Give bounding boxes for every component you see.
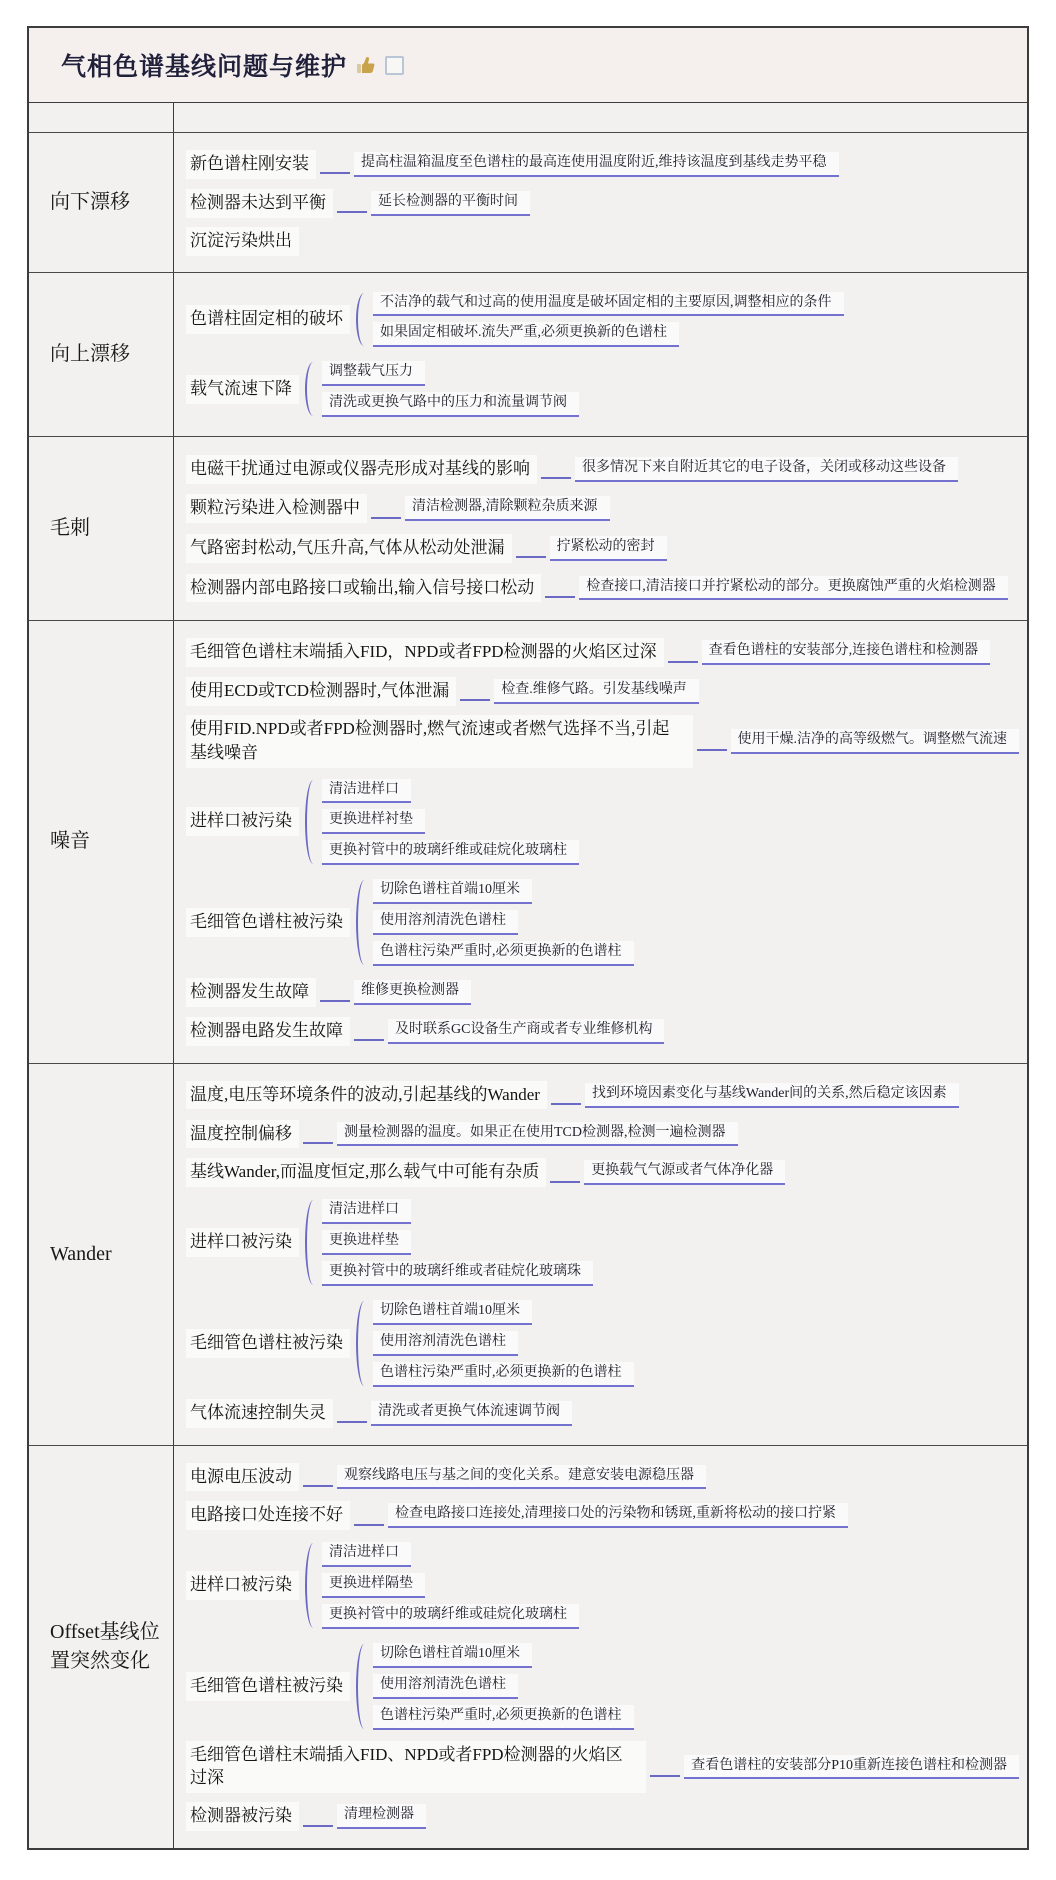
- remedy-group: 检查接口,清洁接口并拧紧松动的部分。更换腐蚀严重的火焰检测器: [579, 573, 1008, 604]
- cause-label: 气路密封松动,气压升高,气体从松动处泄漏: [186, 534, 512, 563]
- cause-item: 毛细管色谱柱末端插入FID，NPD或者FPD检测器的火焰区过深 查看色谱柱的安装…: [186, 637, 1019, 668]
- remedy-label: 提高柱温箱温度至色谱柱的最高连使用温度附近,维持该温度到基线走势平稳: [354, 152, 839, 177]
- cause-item: 载气流速下降 调整载气压力 清洗或更换气路中的压力和流量调节阀: [186, 358, 1019, 420]
- remedy-label: 不洁净的载气和过高的使用温度是破坏固定相的主要原因,调整相应的条件: [373, 292, 844, 317]
- remedy-label: 观察线路电压与基之间的变化关系。建意安装电源稳压器: [337, 1465, 706, 1490]
- remedy-label: 色谱柱污染严重时,必须更换新的色谱柱: [373, 1705, 634, 1730]
- remedy-group: 切除色谱柱首端10厘米 使用溶剂清洗色谱柱 色谱柱污染严重时,必须更换新的色谱柱: [373, 1640, 634, 1733]
- remedy-group: 清洗或者更换气体流速调节阀: [371, 1398, 572, 1429]
- branch-brace: [356, 293, 371, 347]
- cause-label: 毛细管色谱柱被污染: [186, 908, 350, 937]
- cause-label: 使用ECD或TCD检测器时,气体泄漏: [186, 677, 456, 706]
- remedy-group: 清洁检测器,清除颗粒杂质来源: [405, 493, 610, 524]
- cause-item: 检测器被污染 清理检测器: [186, 1801, 1019, 1832]
- remedy-label: 检查.维修气路。引发基线噪声: [494, 679, 699, 704]
- remedy-group: 检查电路接口连接处,清理接口处的污染物和锈斑,重新将松动的接口拧紧: [388, 1500, 848, 1531]
- cause-label: 载气流速下降: [186, 375, 299, 404]
- title-bar: 气相色谱基线问题与维护: [29, 28, 1027, 103]
- cause-label: 检测器被污染: [186, 1802, 299, 1831]
- cause-item: 检测器电路发生故障 及时联系GC设备生产商或者专业维修机构: [186, 1016, 1019, 1047]
- remedy-group: 检查.维修气路。引发基线噪声: [494, 676, 699, 707]
- cause-label: 进样口被污染: [186, 1571, 299, 1600]
- remedy-label: 检查接口,清洁接口并拧紧松动的部分。更换腐蚀严重的火焰检测器: [579, 576, 1008, 601]
- remedy-group: 查看色谱柱的安装部分P10重新连接色谱柱和检测器: [684, 1752, 1019, 1783]
- category-cell: 毛刺: [29, 437, 174, 620]
- branch-line: [697, 749, 727, 751]
- branch-line: [337, 1421, 367, 1423]
- remedy-label: 清洁进样口: [322, 1542, 411, 1567]
- branch-line: [371, 517, 401, 519]
- cause-item: 使用ECD或TCD检测器时,气体泄漏 检查.维修气路。引发基线噪声: [186, 676, 1019, 707]
- table-row: Offset基线位置突然变化 电源电压波动 观察线路电压与基之间的变化关系。建意…: [29, 1446, 1027, 1849]
- category-label: 向上漂移: [50, 340, 130, 369]
- thumbs-up-icon: [356, 55, 376, 75]
- cause-item: 电源电压波动 观察线路电压与基之间的变化关系。建意安装电源稳压器: [186, 1462, 1019, 1493]
- content-cell: 温度,电压等环境条件的波动,引起基线的Wander 找到环境因素变化与基线Wan…: [174, 1064, 1027, 1445]
- table-row: [29, 103, 1027, 133]
- checkbox-icon: [385, 56, 404, 75]
- category-cell: 向下漂移: [29, 133, 174, 272]
- cause-label: 使用FID.NPD或者FPD检测器时,燃气流速或者燃气选择不当,引起基线噪音: [186, 715, 693, 768]
- branch-brace: [356, 880, 371, 965]
- branch-brace: [305, 1543, 320, 1628]
- remedy-label: 查看色谱柱的安装部分P10重新连接色谱柱和检测器: [684, 1755, 1019, 1780]
- category-label: 噪音: [50, 827, 90, 856]
- remedy-label: 色谱柱污染严重时,必须更换新的色谱柱: [373, 1362, 634, 1387]
- remedy-label: 检查电路接口连接处,清理接口处的污染物和锈斑,重新将松动的接口拧紧: [388, 1503, 848, 1528]
- category-cell: [29, 103, 174, 132]
- cause-item: 毛细管色谱柱被污染 切除色谱柱首端10厘米 使用溶剂清洗色谱柱 色谱柱污染严重时…: [186, 1640, 1019, 1733]
- content-cell: 电磁干扰通过电源或仪器壳形成对基线的影响 很多情况下来自附近其它的电子设备，关闭…: [174, 437, 1027, 620]
- cause-label: 温度,电压等环境条件的波动,引起基线的Wander: [186, 1081, 547, 1110]
- cause-label: 电磁干扰通过电源或仪器壳形成对基线的影响: [186, 455, 537, 484]
- remedy-label: 切除色谱柱首端10厘米: [373, 1643, 532, 1668]
- cause-label: 毛细管色谱柱末端插入FID，NPD或者FPD检测器的火焰区过深: [186, 638, 664, 667]
- cause-item: 进样口被污染 清洁进样口 更换进样垫 更换衬管中的玻璃纤维或者硅烷化玻璃珠: [186, 1196, 1019, 1289]
- table-row: 毛刺 电磁干扰通过电源或仪器壳形成对基线的影响 很多情况下来自附近其它的电子设备…: [29, 437, 1027, 621]
- remedy-label: 使用溶剂清洗色谱柱: [373, 1331, 518, 1356]
- remedy-label: 使用溶剂清洗色谱柱: [373, 910, 518, 935]
- branch-line: [303, 1142, 333, 1144]
- remedy-label: 清理检测器: [337, 1804, 426, 1829]
- remedy-label: 找到环境因素变化与基线Wander间的关系,然后稳定该因素: [585, 1083, 959, 1108]
- branch-brace: [305, 362, 320, 416]
- remedy-label: 拧紧松动的密封: [550, 536, 667, 561]
- remedy-label: 清洗或者更换气体流速调节阀: [371, 1401, 572, 1426]
- branch-line: [551, 1103, 581, 1105]
- table-row: 向下漂移 新色谱柱刚安装 提高柱温箱温度至色谱柱的最高连使用温度附近,维持该温度…: [29, 133, 1027, 273]
- branch-line: [320, 172, 350, 174]
- content-cell: 电源电压波动 观察线路电压与基之间的变化关系。建意安装电源稳压器 电路接口处连接…: [174, 1446, 1027, 1849]
- branch-line: [303, 1485, 333, 1487]
- cause-item: 毛细管色谱柱被污染 切除色谱柱首端10厘米 使用溶剂清洗色谱柱 色谱柱污染严重时…: [186, 1297, 1019, 1390]
- remedy-label: 清洁检测器,清除颗粒杂质来源: [405, 496, 610, 521]
- cause-label: 毛细管色谱柱被污染: [186, 1672, 350, 1701]
- branch-line: [460, 699, 490, 701]
- remedy-group: 切除色谱柱首端10厘米 使用溶剂清洗色谱柱 色谱柱污染严重时,必须更换新的色谱柱: [373, 876, 634, 969]
- cause-label: 进样口被污染: [186, 807, 299, 836]
- cause-label: 检测器电路发生故障: [186, 1017, 350, 1046]
- remedy-label: 更换衬管中的玻璃纤维或者硅烷化玻璃珠: [322, 1261, 593, 1286]
- category-label: Offset基线位置突然变化: [50, 1618, 163, 1676]
- remedy-group: 清理检测器: [337, 1801, 426, 1832]
- cause-label: 检测器内部电路接口或输出,输入信号接口松动: [186, 574, 541, 603]
- branch-line: [303, 1825, 333, 1827]
- remedy-label: 调整载气压力: [322, 361, 425, 386]
- remedy-label: 测量检测器的温度。如果正在使用TCD检测器,检测一遍检测器: [337, 1122, 738, 1147]
- rows: 向下漂移 新色谱柱刚安装 提高柱温箱温度至色谱柱的最高连使用温度附近,维持该温度…: [29, 103, 1027, 1848]
- category-label: 向下漂移: [50, 188, 130, 217]
- cause-label: 基线Wander,而温度恒定,那么载气中可能有杂质: [186, 1158, 546, 1187]
- remedy-group: 调整载气压力 清洗或更换气路中的压力和流量调节阀: [322, 358, 579, 420]
- content-cell: 色谱柱固定相的破坏 不洁净的载气和过高的使用温度是破坏固定相的主要原因,调整相应…: [174, 273, 1027, 437]
- remedy-label: 使用干燥.洁净的高等级燃气。调整燃气流速: [731, 729, 1020, 754]
- remedy-label: 很多情况下来自附近其它的电子设备，关闭或移动这些设备: [575, 457, 958, 482]
- cause-item: 电路接口处连接不好 检查电路接口连接处,清理接口处的污染物和锈斑,重新将松动的接…: [186, 1500, 1019, 1531]
- branch-line: [541, 477, 571, 479]
- remedy-label: 清洗或更换气路中的压力和流量调节阀: [322, 392, 579, 417]
- branch-line: [650, 1775, 680, 1777]
- remedy-group: 提高柱温箱温度至色谱柱的最高连使用温度附近,维持该温度到基线走势平稳: [354, 149, 839, 180]
- cause-label: 新色谱柱刚安装: [186, 150, 316, 179]
- remedy-group: 及时联系GC设备生产商或者专业维修机构: [388, 1016, 664, 1047]
- remedy-label: 更换进样垫: [322, 1230, 411, 1255]
- remedy-group: 清洁进样口 更换进样隔垫 更换衬管中的玻璃纤维或硅烷化玻璃柱: [322, 1539, 579, 1632]
- cause-item: 气体流速控制失灵 清洗或者更换气体流速调节阀: [186, 1398, 1019, 1429]
- cause-label: 进样口被污染: [186, 1228, 299, 1257]
- remedy-label: 更换进样衬垫: [322, 809, 425, 834]
- cause-item: 检测器未达到平衡 延长检测器的平衡时间: [186, 188, 1019, 219]
- cause-item: 温度控制偏移 测量检测器的温度。如果正在使用TCD检测器,检测一遍检测器: [186, 1119, 1019, 1150]
- cause-label: 检测器发生故障: [186, 978, 316, 1007]
- branch-line: [354, 1039, 384, 1041]
- content-cell: 毛细管色谱柱末端插入FID，NPD或者FPD检测器的火焰区过深 查看色谱柱的安装…: [174, 621, 1027, 1063]
- cause-item: 颗粒污染进入检测器中 清洁检测器,清除颗粒杂质来源: [186, 493, 1019, 524]
- cause-label: 色谱柱固定相的破坏: [186, 305, 350, 334]
- remedy-label: 更换进样隔垫: [322, 1573, 425, 1598]
- cause-label: 电路接口处连接不好: [186, 1501, 350, 1530]
- remedy-label: 色谱柱污染严重时,必须更换新的色谱柱: [373, 941, 634, 966]
- cause-item: 毛细管色谱柱被污染 切除色谱柱首端10厘米 使用溶剂清洗色谱柱 色谱柱污染严重时…: [186, 876, 1019, 969]
- remedy-group: 拧紧松动的密封: [550, 533, 667, 564]
- cause-label: 毛细管色谱柱被污染: [186, 1329, 350, 1358]
- branch-line: [320, 1000, 350, 1002]
- table-row: 向上漂移 色谱柱固定相的破坏 不洁净的载气和过高的使用温度是破坏固定相的主要原因…: [29, 273, 1027, 438]
- mindmap-table: 气相色谱基线问题与维护 向下漂移 新色谱柱刚安装 提高柱温箱温度至色谱柱的最高连…: [27, 26, 1029, 1850]
- remedy-label: 延长检测器的平衡时间: [371, 191, 530, 216]
- cause-item: 温度,电压等环境条件的波动,引起基线的Wander 找到环境因素变化与基线Wan…: [186, 1080, 1019, 1111]
- category-cell: Offset基线位置突然变化: [29, 1446, 174, 1849]
- remedy-group: 查看色谱柱的安装部分,连接色谱柱和检测器: [702, 637, 991, 668]
- remedy-group: 不洁净的载气和过高的使用温度是破坏固定相的主要原因,调整相应的条件 如果固定相破…: [373, 289, 844, 351]
- cause-item: 基线Wander,而温度恒定,那么载气中可能有杂质 更换载气气源或者气体净化器: [186, 1157, 1019, 1188]
- cause-label: 电源电压波动: [186, 1463, 299, 1492]
- category-cell: 向上漂移: [29, 273, 174, 437]
- cause-item: 进样口被污染 清洁进样口 更换进样隔垫 更换衬管中的玻璃纤维或硅烷化玻璃柱: [186, 1539, 1019, 1632]
- remedy-label: 使用溶剂清洗色谱柱: [373, 1674, 518, 1699]
- cause-item: 新色谱柱刚安装 提高柱温箱温度至色谱柱的最高连使用温度附近,维持该温度到基线走势…: [186, 149, 1019, 180]
- branch-brace: [305, 1200, 320, 1285]
- branch-line: [668, 661, 698, 663]
- cause-label: 沉淀污染烘出: [186, 227, 299, 256]
- category-cell: Wander: [29, 1064, 174, 1445]
- cause-item: 电磁干扰通过电源或仪器壳形成对基线的影响 很多情况下来自附近其它的电子设备，关闭…: [186, 454, 1019, 485]
- category-cell: 噪音: [29, 621, 174, 1063]
- branch-line: [354, 1524, 384, 1526]
- remedy-label: 切除色谱柱首端10厘米: [373, 879, 532, 904]
- branch-line: [545, 596, 575, 598]
- remedy-label: 更换衬管中的玻璃纤维或硅烷化玻璃柱: [322, 840, 579, 865]
- remedy-group: 切除色谱柱首端10厘米 使用溶剂清洗色谱柱 色谱柱污染严重时,必须更换新的色谱柱: [373, 1297, 634, 1390]
- remedy-label: 及时联系GC设备生产商或者专业维修机构: [388, 1019, 664, 1044]
- branch-line: [337, 211, 367, 213]
- branch-brace: [356, 1644, 371, 1729]
- remedy-group: 延长检测器的平衡时间: [371, 188, 530, 219]
- table-row: 噪音 毛细管色谱柱末端插入FID，NPD或者FPD检测器的火焰区过深 查看色谱柱…: [29, 621, 1027, 1064]
- remedy-group: 观察线路电压与基之间的变化关系。建意安装电源稳压器: [337, 1462, 706, 1493]
- remedy-group: 清洁进样口 更换进样衬垫 更换衬管中的玻璃纤维或硅烷化玻璃柱: [322, 776, 579, 869]
- remedy-group: 维修更换检测器: [354, 977, 471, 1008]
- page-title: 气相色谱基线问题与维护: [61, 47, 347, 83]
- cause-label: 温度控制偏移: [186, 1120, 299, 1149]
- content-cell: 新色谱柱刚安装 提高柱温箱温度至色谱柱的最高连使用温度附近,维持该温度到基线走势…: [174, 133, 1027, 272]
- remedy-group: 测量检测器的温度。如果正在使用TCD检测器,检测一遍检测器: [337, 1119, 738, 1150]
- cause-label: 检测器未达到平衡: [186, 189, 333, 218]
- remedy-label: 如果固定相破坏.流失严重,必须更换新的色谱柱: [373, 322, 679, 347]
- cause-label: 颗粒污染进入检测器中: [186, 494, 367, 523]
- cause-item: 使用FID.NPD或者FPD检测器时,燃气流速或者燃气选择不当,引起基线噪音 使…: [186, 715, 1019, 768]
- remedy-label: 查看色谱柱的安装部分,连接色谱柱和检测器: [702, 640, 991, 665]
- remedy-label: 维修更换检测器: [354, 980, 471, 1005]
- cause-label: 气体流速控制失灵: [186, 1399, 333, 1428]
- cause-item: 色谱柱固定相的破坏 不洁净的载气和过高的使用温度是破坏固定相的主要原因,调整相应…: [186, 289, 1019, 351]
- branch-line: [550, 1181, 580, 1183]
- cause-item: 气路密封松动,气压升高,气体从松动处泄漏 拧紧松动的密封: [186, 533, 1019, 564]
- remedy-group: 找到环境因素变化与基线Wander间的关系,然后稳定该因素: [585, 1080, 959, 1111]
- category-label: Wander: [50, 1240, 112, 1269]
- remedy-group: 很多情况下来自附近其它的电子设备，关闭或移动这些设备: [575, 454, 958, 485]
- cause-item: 毛细管色谱柱末端插入FID、NPD或者FPD检测器的火焰区过深 查看色谱柱的安装…: [186, 1741, 1019, 1794]
- remedy-label: 清洁进样口: [322, 779, 411, 804]
- content-cell: [174, 103, 1027, 132]
- remedy-group: 清洁进样口 更换进样垫 更换衬管中的玻璃纤维或者硅烷化玻璃珠: [322, 1196, 593, 1289]
- remedy-label: 切除色谱柱首端10厘米: [373, 1300, 532, 1325]
- branch-brace: [356, 1301, 371, 1386]
- cause-item: 沉淀污染烘出: [186, 227, 1019, 256]
- remedy-label: 更换衬管中的玻璃纤维或硅烷化玻璃柱: [322, 1604, 579, 1629]
- cause-label: 毛细管色谱柱末端插入FID、NPD或者FPD检测器的火焰区过深: [186, 1741, 646, 1794]
- branch-line: [516, 556, 546, 558]
- cause-item: 检测器发生故障 维修更换检测器: [186, 977, 1019, 1008]
- category-label: 毛刺: [50, 514, 90, 543]
- cause-item: 检测器内部电路接口或输出,输入信号接口松动 检查接口,清洁接口并拧紧松动的部分。…: [186, 573, 1019, 604]
- branch-brace: [305, 780, 320, 865]
- remedy-label: 清洁进样口: [322, 1199, 411, 1224]
- table-row: Wander 温度,电压等环境条件的波动,引起基线的Wander 找到环境因素变…: [29, 1064, 1027, 1446]
- remedy-group: 更换载气气源或者气体净化器: [584, 1157, 785, 1188]
- cause-item: 进样口被污染 清洁进样口 更换进样衬垫 更换衬管中的玻璃纤维或硅烷化玻璃柱: [186, 776, 1019, 869]
- remedy-label: 更换载气气源或者气体净化器: [584, 1160, 785, 1185]
- remedy-group: 使用干燥.洁净的高等级燃气。调整燃气流速: [731, 726, 1020, 757]
